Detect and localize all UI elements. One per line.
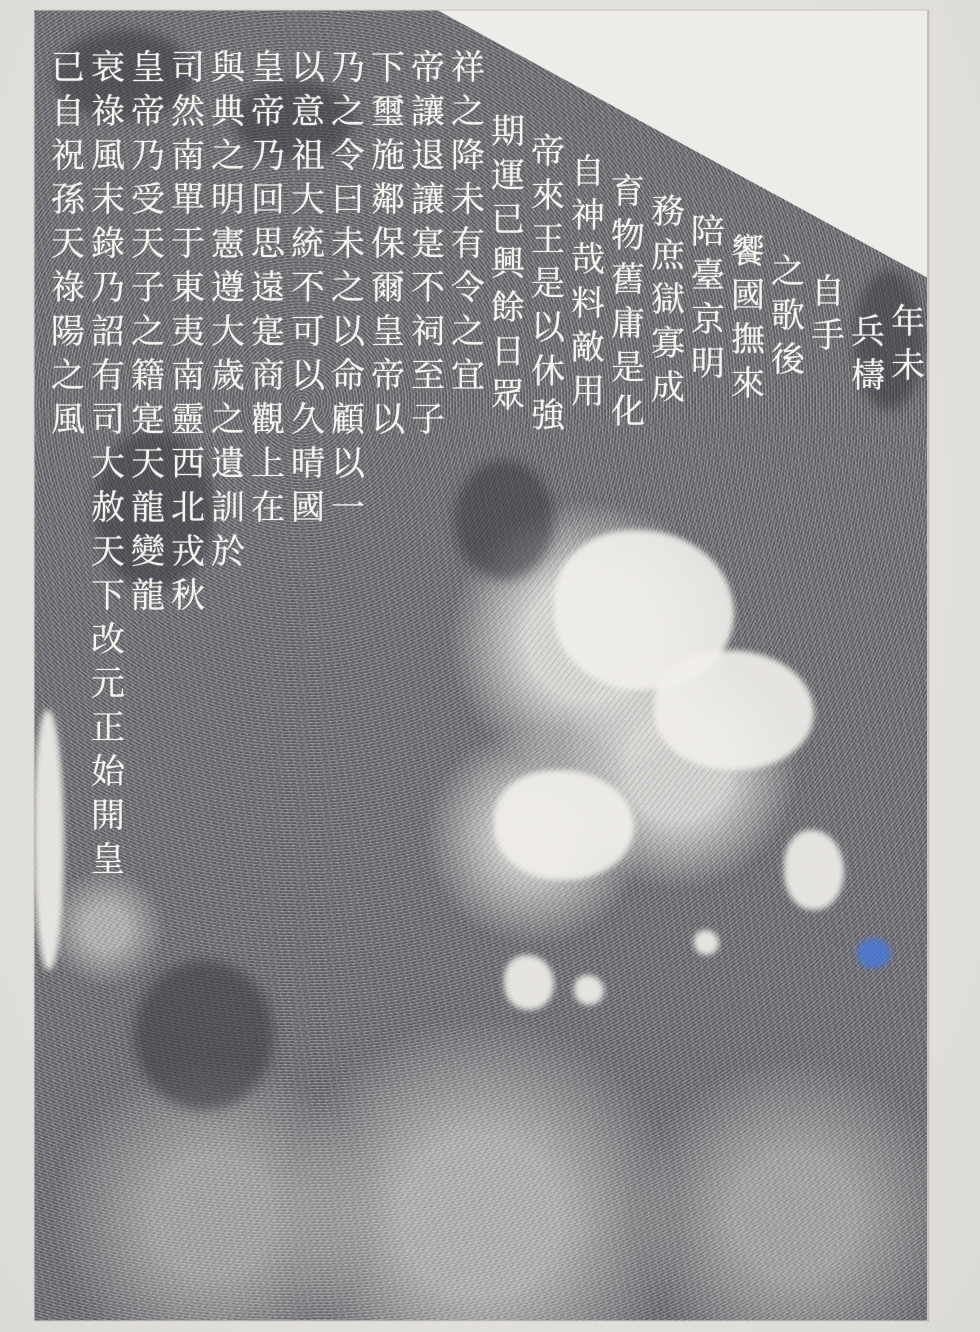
inscription-glyph: 運 bbox=[488, 154, 528, 198]
inscription-glyph: 檮 bbox=[848, 354, 888, 398]
inscription-glyph: 歌 bbox=[768, 294, 808, 338]
inscription-glyph: 國 bbox=[728, 274, 768, 318]
inscription-glyph: 撫 bbox=[728, 318, 768, 362]
inscription-glyph: 北 bbox=[168, 486, 208, 530]
inscription-glyph: 司 bbox=[88, 398, 128, 442]
inscription-column: 帝來王是以休強 bbox=[528, 130, 568, 438]
inscription-glyph: 後 bbox=[768, 338, 808, 382]
inscription-glyph: 衰 bbox=[88, 46, 128, 90]
inscription-column: 皇帝乃受天子之籍寔天龍變龍 bbox=[128, 46, 168, 618]
inscription-glyph: 讓 bbox=[408, 90, 448, 134]
inscription-glyph: 之 bbox=[208, 134, 248, 178]
inscription-glyph: 大 bbox=[208, 310, 248, 354]
inscription: 已自祝孫天祿陽之風 衰祿風末錄乃詔有司大赦天下改元正始開皇 皇帝乃受天子之籍寔天… bbox=[34, 10, 928, 1321]
inscription-glyph: 回 bbox=[248, 178, 288, 222]
inscription-glyph: 物 bbox=[608, 214, 648, 258]
inscription-glyph: 陽 bbox=[48, 310, 88, 354]
inscription-glyph: 自 bbox=[568, 150, 608, 194]
inscription-column: 皇帝乃回思遠寔商觀上在 bbox=[248, 46, 288, 530]
inscription-glyph: 退 bbox=[408, 134, 448, 178]
inscription-glyph: 料 bbox=[568, 282, 608, 326]
inscription-glyph: 期 bbox=[488, 110, 528, 154]
inscription-column: 務庶獄寡成 bbox=[648, 190, 688, 410]
inscription-glyph: 乃 bbox=[128, 134, 168, 178]
inscription-glyph: 以 bbox=[368, 398, 408, 442]
inscription-glyph: 日 bbox=[488, 330, 528, 374]
inscription-glyph: 在 bbox=[248, 486, 288, 530]
inscription-glyph: 以 bbox=[288, 354, 328, 398]
inscription-glyph: 來 bbox=[528, 174, 568, 218]
stele-rubbing: 已自祝孫天祿陽之風 衰祿風末錄乃詔有司大赦天下改元正始開皇 皇帝乃受天子之籍寔天… bbox=[34, 10, 928, 1321]
inscription-glyph: 哉 bbox=[568, 238, 608, 282]
inscription-glyph: 寔 bbox=[248, 310, 288, 354]
inscription-glyph: 明 bbox=[688, 342, 728, 386]
inscription-glyph: 寔 bbox=[128, 398, 168, 442]
inscription-glyph: 遵 bbox=[208, 266, 248, 310]
inscription-glyph: 始 bbox=[88, 750, 128, 794]
inscription-glyph: 下 bbox=[88, 574, 128, 618]
inscription-glyph: 西 bbox=[168, 442, 208, 486]
inscription-column: 衰祿風末錄乃詔有司大赦天下改元正始開皇 bbox=[88, 46, 128, 882]
inscription-glyph: 未 bbox=[888, 344, 928, 388]
inscription-glyph: 與 bbox=[208, 46, 248, 90]
inscription-glyph: 強 bbox=[528, 394, 568, 438]
inscription-column: 年未 bbox=[888, 300, 928, 388]
inscription-glyph: 之 bbox=[48, 354, 88, 398]
inscription-glyph: 施 bbox=[368, 134, 408, 178]
inscription-glyph: 有 bbox=[448, 222, 488, 266]
inscription-glyph: 司 bbox=[168, 46, 208, 90]
inscription-glyph: 正 bbox=[88, 706, 128, 750]
inscription-glyph: 天 bbox=[88, 530, 128, 574]
inscription-glyph: 自 bbox=[808, 270, 848, 314]
inscription-glyph: 餘 bbox=[488, 286, 528, 330]
inscription-glyph: 自 bbox=[48, 90, 88, 134]
inscription-glyph: 皇 bbox=[88, 838, 128, 882]
inscription-glyph: 是 bbox=[528, 262, 568, 306]
inscription-column: 祥之降未有令之宜 bbox=[448, 46, 488, 398]
inscription-glyph: 曰 bbox=[328, 178, 368, 222]
inscription-glyph: 皇 bbox=[128, 46, 168, 90]
inscription-glyph: 京 bbox=[688, 298, 728, 342]
inscription-glyph: 命 bbox=[328, 354, 368, 398]
inscription-glyph: 憲 bbox=[208, 222, 248, 266]
inscription-glyph: 孫 bbox=[48, 178, 88, 222]
inscription-glyph: 祝 bbox=[48, 134, 88, 178]
inscription-glyph: 南 bbox=[168, 134, 208, 178]
inscription-glyph: 上 bbox=[248, 442, 288, 486]
inscription-glyph: 祥 bbox=[448, 46, 488, 90]
inscription-glyph: 顧 bbox=[328, 398, 368, 442]
inscription-glyph: 保 bbox=[368, 222, 408, 266]
inscription-glyph: 敵 bbox=[568, 326, 608, 370]
inscription-glyph: 南 bbox=[168, 354, 208, 398]
inscription-column: 饗國撫來 bbox=[728, 230, 768, 406]
inscription-glyph: 晴 bbox=[288, 442, 328, 486]
inscription-glyph: 然 bbox=[168, 90, 208, 134]
inscription-glyph: 寔 bbox=[408, 222, 448, 266]
inscription-column: 司然南單于東夷南靈西北戎秋 bbox=[168, 46, 208, 618]
inscription-glyph: 於 bbox=[208, 530, 248, 574]
inscription-glyph: 令 bbox=[448, 266, 488, 310]
inscription-glyph: 之 bbox=[448, 90, 488, 134]
inscription-glyph: 以 bbox=[288, 46, 328, 90]
inscription-glyph: 以 bbox=[328, 442, 368, 486]
inscription-glyph: 改 bbox=[88, 618, 128, 662]
inscription-glyph: 乃 bbox=[248, 134, 288, 178]
inscription-glyph: 天 bbox=[48, 222, 88, 266]
inscription-glyph: 寡 bbox=[648, 322, 688, 366]
inscription-glyph: 帝 bbox=[368, 354, 408, 398]
inscription-glyph: 以 bbox=[528, 306, 568, 350]
inscription-glyph: 降 bbox=[448, 134, 488, 178]
inscription-glyph: 龍 bbox=[128, 486, 168, 530]
inscription-glyph: 秋 bbox=[168, 574, 208, 618]
inscription-glyph: 舊 bbox=[608, 258, 648, 302]
inscription-glyph: 庶 bbox=[648, 234, 688, 278]
inscription-column: 自神哉料敵用 bbox=[568, 150, 608, 414]
inscription-glyph: 遺 bbox=[208, 442, 248, 486]
inscription-column: 陪臺京明 bbox=[688, 210, 728, 386]
inscription-glyph: 大 bbox=[288, 178, 328, 222]
inscription-glyph: 祿 bbox=[88, 90, 128, 134]
inscription-glyph: 庸 bbox=[608, 302, 648, 346]
inscription-glyph: 歲 bbox=[208, 354, 248, 398]
inscription-glyph: 兵 bbox=[848, 310, 888, 354]
inscription-column: 乃之令曰未之以命顧以一 bbox=[328, 46, 368, 530]
inscription-glyph: 天 bbox=[128, 222, 168, 266]
inscription-glyph: 元 bbox=[88, 662, 128, 706]
inscription-glyph: 明 bbox=[208, 178, 248, 222]
inscription-glyph: 于 bbox=[168, 222, 208, 266]
inscription-column: 下璽施鄰保爾皇帝以 bbox=[368, 46, 408, 442]
inscription-glyph: 統 bbox=[288, 222, 328, 266]
inscription-glyph: 思 bbox=[248, 222, 288, 266]
inscription-glyph: 乃 bbox=[88, 266, 128, 310]
inscription-glyph: 之 bbox=[328, 90, 368, 134]
inscription-glyph: 祖 bbox=[288, 134, 328, 178]
inscription-column: 以意祖大統不可以久晴國 bbox=[288, 46, 328, 530]
inscription-glyph: 獄 bbox=[648, 278, 688, 322]
inscription-glyph: 令 bbox=[328, 134, 368, 178]
inscription-glyph: 之 bbox=[768, 250, 808, 294]
inscription-glyph: 大 bbox=[88, 442, 128, 486]
inscription-glyph: 臺 bbox=[688, 254, 728, 298]
inscription-glyph: 休 bbox=[528, 350, 568, 394]
inscription-glyph: 籍 bbox=[128, 354, 168, 398]
inscription-glyph: 乃 bbox=[328, 46, 368, 90]
inscription-glyph: 詔 bbox=[88, 310, 128, 354]
inscription-glyph: 天 bbox=[128, 442, 168, 486]
inscription-glyph: 已 bbox=[488, 198, 528, 242]
inscription-glyph: 遠 bbox=[248, 266, 288, 310]
inscription-glyph: 以 bbox=[328, 310, 368, 354]
frame-edge bbox=[927, 10, 930, 1322]
inscription-glyph: 單 bbox=[168, 178, 208, 222]
inscription-glyph: 皇 bbox=[248, 46, 288, 90]
inscription-glyph: 子 bbox=[408, 398, 448, 442]
inscription-glyph: 帝 bbox=[128, 90, 168, 134]
inscription-glyph: 來 bbox=[728, 362, 768, 406]
inscription-glyph: 宜 bbox=[448, 354, 488, 398]
inscription-glyph: 育 bbox=[608, 170, 648, 214]
inscription-glyph: 神 bbox=[568, 194, 608, 238]
inscription-glyph: 風 bbox=[48, 398, 88, 442]
inscription-glyph: 化 bbox=[608, 390, 648, 434]
inscription-glyph: 鄰 bbox=[368, 178, 408, 222]
inscription-glyph: 可 bbox=[288, 310, 328, 354]
inscription-glyph: 祠 bbox=[408, 310, 448, 354]
inscription-glyph: 變 bbox=[128, 530, 168, 574]
inscription-glyph: 下 bbox=[368, 46, 408, 90]
inscription-glyph: 已 bbox=[48, 46, 88, 90]
inscription-glyph: 之 bbox=[208, 398, 248, 442]
inscription-glyph: 末 bbox=[88, 178, 128, 222]
inscription-glyph: 國 bbox=[288, 486, 328, 530]
inscription-glyph: 赦 bbox=[88, 486, 128, 530]
inscription-glyph: 成 bbox=[648, 366, 688, 410]
inscription-column: 自手 bbox=[808, 270, 848, 358]
inscription-glyph: 夷 bbox=[168, 310, 208, 354]
inscription-glyph: 帝 bbox=[248, 90, 288, 134]
inscription-glyph: 年 bbox=[888, 300, 928, 344]
inscription-glyph: 未 bbox=[448, 178, 488, 222]
inscription-glyph: 是 bbox=[608, 346, 648, 390]
inscription-glyph: 帝 bbox=[408, 46, 448, 90]
inscription-glyph: 意 bbox=[288, 90, 328, 134]
inscription-glyph: 手 bbox=[808, 314, 848, 358]
inscription-column: 期運已興餘日眾 bbox=[488, 110, 528, 418]
inscription-glyph: 錄 bbox=[88, 222, 128, 266]
inscription-glyph: 東 bbox=[168, 266, 208, 310]
inscription-glyph: 陪 bbox=[688, 210, 728, 254]
inscription-column: 已自祝孫天祿陽之風 bbox=[48, 46, 88, 442]
inscription-glyph: 至 bbox=[408, 354, 448, 398]
inscription-glyph: 受 bbox=[128, 178, 168, 222]
inscription-glyph: 未 bbox=[328, 222, 368, 266]
inscription-column: 帝讓退讓寔不祠至子 bbox=[408, 46, 448, 442]
inscription-glyph: 戎 bbox=[168, 530, 208, 574]
inscription-glyph: 開 bbox=[88, 794, 128, 838]
inscription-glyph: 之 bbox=[128, 310, 168, 354]
inscription-glyph: 訓 bbox=[208, 486, 248, 530]
inscription-glyph: 之 bbox=[328, 266, 368, 310]
inscription-glyph: 眾 bbox=[488, 374, 528, 418]
inscription-column: 兵檮 bbox=[848, 310, 888, 398]
inscription-glyph: 子 bbox=[128, 266, 168, 310]
inscription-glyph: 璽 bbox=[368, 90, 408, 134]
inscription-glyph: 饗 bbox=[728, 230, 768, 274]
inscription-glyph: 有 bbox=[88, 354, 128, 398]
inscription-glyph: 風 bbox=[88, 134, 128, 178]
inscription-glyph: 務 bbox=[648, 190, 688, 234]
inscription-glyph: 之 bbox=[448, 310, 488, 354]
inscription-column: 育物舊庸是化 bbox=[608, 170, 648, 434]
inscription-glyph: 帝 bbox=[528, 130, 568, 174]
inscription-glyph: 讓 bbox=[408, 178, 448, 222]
inscription-column: 與典之明憲遵大歲之遺訓於 bbox=[208, 46, 248, 574]
inscription-glyph: 一 bbox=[328, 486, 368, 530]
inscription-glyph: 祿 bbox=[48, 266, 88, 310]
inscription-column: 之歌後 bbox=[768, 250, 808, 382]
inscription-glyph: 龍 bbox=[128, 574, 168, 618]
inscription-glyph: 皇 bbox=[368, 310, 408, 354]
inscription-glyph: 久 bbox=[288, 398, 328, 442]
inscription-glyph: 爾 bbox=[368, 266, 408, 310]
inscription-glyph: 商 bbox=[248, 354, 288, 398]
blue-stain bbox=[857, 938, 891, 968]
inscription-glyph: 典 bbox=[208, 90, 248, 134]
inscription-glyph: 王 bbox=[528, 218, 568, 262]
inscription-glyph: 靈 bbox=[168, 398, 208, 442]
inscription-glyph: 不 bbox=[288, 266, 328, 310]
inscription-glyph: 觀 bbox=[248, 398, 288, 442]
inscription-glyph: 用 bbox=[568, 370, 608, 414]
inscription-glyph: 興 bbox=[488, 242, 528, 286]
inscription-glyph: 不 bbox=[408, 266, 448, 310]
